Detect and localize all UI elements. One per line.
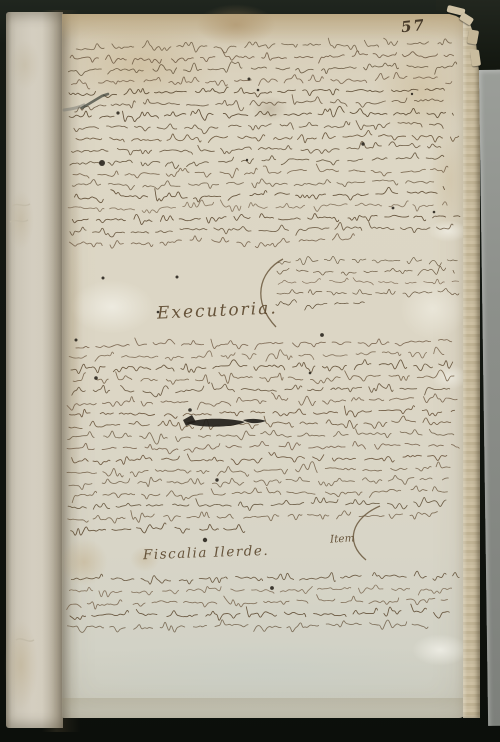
item-mark: Item <box>330 532 355 545</box>
text-block-entry-2 <box>66 342 462 538</box>
folio-number: 57 <box>400 16 427 37</box>
manuscript-photo: 57 Executoria. Fiscalia Ilerde. Item <box>0 0 500 742</box>
text-block-entry-1 <box>68 44 462 256</box>
grey-backing-card <box>479 69 500 725</box>
text-block-entry-3 <box>66 576 462 640</box>
text-block-chancery-note <box>272 256 464 314</box>
book-fore-edge <box>463 16 480 718</box>
